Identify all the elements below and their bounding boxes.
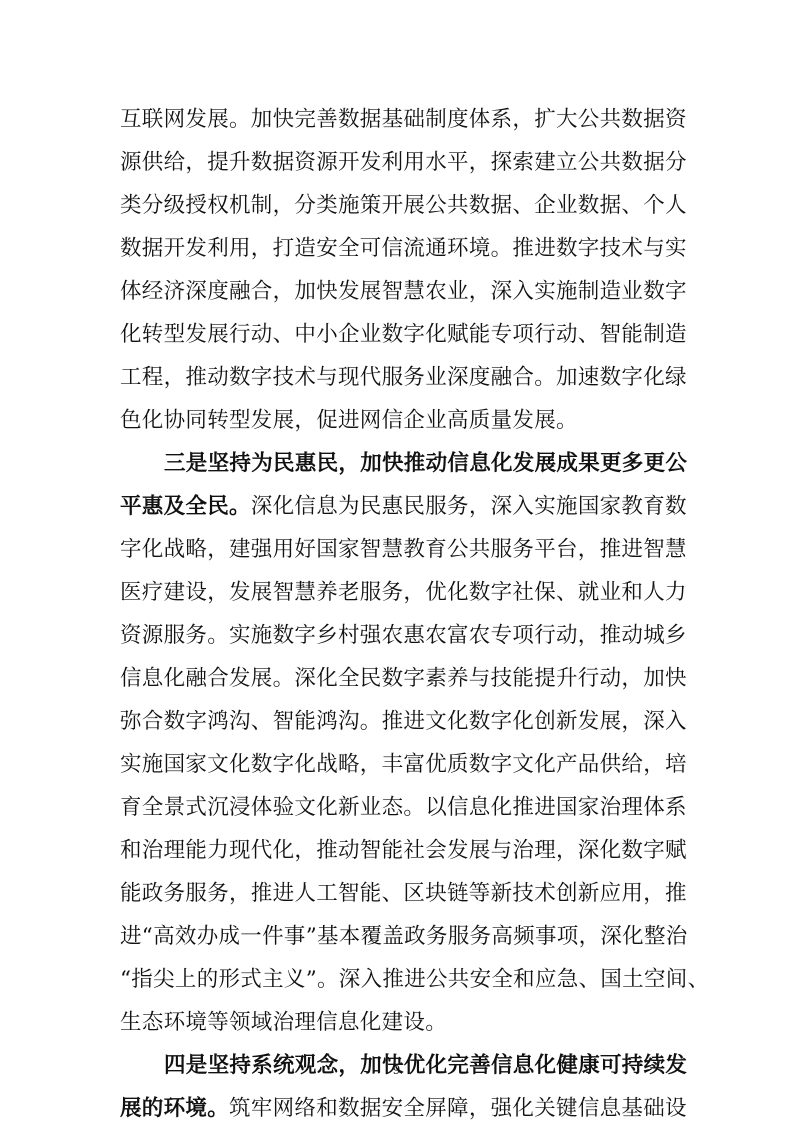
line-text: “指尖上的形式主义”。深入推进公共安全和应急、国土空间、 (120, 967, 709, 992)
text-line: 化转型发展行动、中小企业数字化赋能专项行动、智能制造 (120, 313, 680, 356)
line-text: 化转型发展行动、中小企业数字化赋能专项行动、智能制造 (120, 322, 687, 347)
line-text: 育全景式沉浸体验文化新业态。以信息化推进国家治理体系 (120, 795, 687, 820)
text-line: 类分级授权机制，分类施策开展公共数据、企业数据、个人 (120, 184, 680, 227)
line-text: 能政务服务，推进人工智能、区块链等新技术创新应用，推 (120, 881, 687, 906)
line-text: 弥合数字鸿沟、智能鸿沟。推进文化数字化创新发展，深入 (120, 709, 687, 734)
text-line: 进“高效办成一件事”基本覆盖政务服务高频事项，深化整治 (120, 915, 680, 958)
line-text: 实施国家文化数字化战略，丰富优质数字文化产品供给，培 (120, 752, 687, 777)
text-line: 生态环境等领域治理信息化建设。 (120, 1001, 680, 1044)
bold-heading: 展的环境。 (120, 1096, 229, 1121)
line-text: 工程，推动数字技术与现代服务业深度融合。加速数字化绿 (120, 365, 687, 390)
line-text: 体经济深度融合，加快发展智慧农业，深入实施制造业数字 (120, 279, 687, 304)
line-text: 深化信息为民惠民服务，深入实施国家教育数 (251, 494, 687, 519)
line-text: 和治理能力现代化，推动智能社会发展与治理，深化数字赋 (120, 838, 687, 863)
line-text: 源供给，提升数据资源开发利用水平，探索建立公共数据分 (120, 150, 687, 175)
line-text: 生态环境等领域治理信息化建设。 (120, 1010, 447, 1035)
line-text: 数据开发利用，打造安全可信流通环境。推进数字技术与实 (120, 236, 687, 261)
page-number: 9 (0, 1063, 793, 1077)
line-text: 筑牢网络和数据安全屏障，强化关键信息基础设 (229, 1096, 687, 1121)
bold-heading: 平惠及全民。 (120, 494, 251, 519)
line-text: 信息化融合发展。深化全民数字素养与技能提升行动，加快 (120, 666, 687, 691)
line-text: 类分级授权机制，分类施策开展公共数据、企业数据、个人 (120, 193, 687, 218)
line-text: 色化协同转型发展，促进网信企业高质量发展。 (120, 408, 578, 433)
line-text: 医疗建设，发展智慧养老服务，优化数字社保、就业和人力 (120, 580, 687, 605)
line-text: 字化战略，建强用好国家智慧教育公共服务平台，推进智慧 (120, 537, 687, 562)
text-line: 字化战略，建强用好国家智慧教育公共服务平台，推进智慧 (120, 528, 680, 571)
line-text: 进“高效办成一件事”基本覆盖政务服务高频事项，深化整治 (120, 924, 688, 949)
text-line: 育全景式沉浸体验文化新业态。以信息化推进国家治理体系 (120, 786, 680, 829)
text-line: 数据开发利用，打造安全可信流通环境。推进数字技术与实 (120, 227, 680, 270)
text-line: 源供给，提升数据资源开发利用水平，探索建立公共数据分 (120, 141, 680, 184)
document-page: 互联网发展。加快完善数据基础制度体系，扩大公共数据资源供给，提升数据资源开发利用… (0, 0, 793, 1122)
line-text: 互联网发展。加快完善数据基础制度体系，扩大公共数据资 (120, 107, 687, 132)
text-line: 实施国家文化数字化战略，丰富优质数字文化产品供给，培 (120, 743, 680, 786)
body-text: 互联网发展。加快完善数据基础制度体系，扩大公共数据资源供给，提升数据资源开发利用… (120, 98, 680, 1122)
text-line: 工程，推动数字技术与现代服务业深度融合。加速数字化绿 (120, 356, 680, 399)
text-line: 三是坚持为民惠民，加快推动信息化发展成果更多更公 (120, 442, 680, 485)
text-line: 资源服务。实施数字乡村强农惠农富农专项行动，推动城乡 (120, 614, 680, 657)
text-line: 互联网发展。加快完善数据基础制度体系，扩大公共数据资 (120, 98, 680, 141)
text-line: 色化协同转型发展，促进网信企业高质量发展。 (120, 399, 680, 442)
text-line: 平惠及全民。深化信息为民惠民服务，深入实施国家教育数 (120, 485, 680, 528)
text-line: 医疗建设，发展智慧养老服务，优化数字社保、就业和人力 (120, 571, 680, 614)
line-text: 资源服务。实施数字乡村强农惠农富农专项行动，推动城乡 (120, 623, 687, 648)
text-line: “指尖上的形式主义”。深入推进公共安全和应急、国土空间、 (120, 958, 680, 1001)
text-line: 和治理能力现代化，推动智能社会发展与治理，深化数字赋 (120, 829, 680, 872)
bold-heading: 三是坚持为民惠民，加快推动信息化发展成果更多更公 (164, 451, 687, 476)
text-line: 能政务服务，推进人工智能、区块链等新技术创新应用，推 (120, 872, 680, 915)
text-line: 体经济深度融合，加快发展智慧农业，深入实施制造业数字 (120, 270, 680, 313)
text-line: 信息化融合发展。深化全民数字素养与技能提升行动，加快 (120, 657, 680, 700)
text-line: 展的环境。筑牢网络和数据安全屏障，强化关键信息基础设 (120, 1087, 680, 1122)
text-line: 弥合数字鸿沟、智能鸿沟。推进文化数字化创新发展，深入 (120, 700, 680, 743)
